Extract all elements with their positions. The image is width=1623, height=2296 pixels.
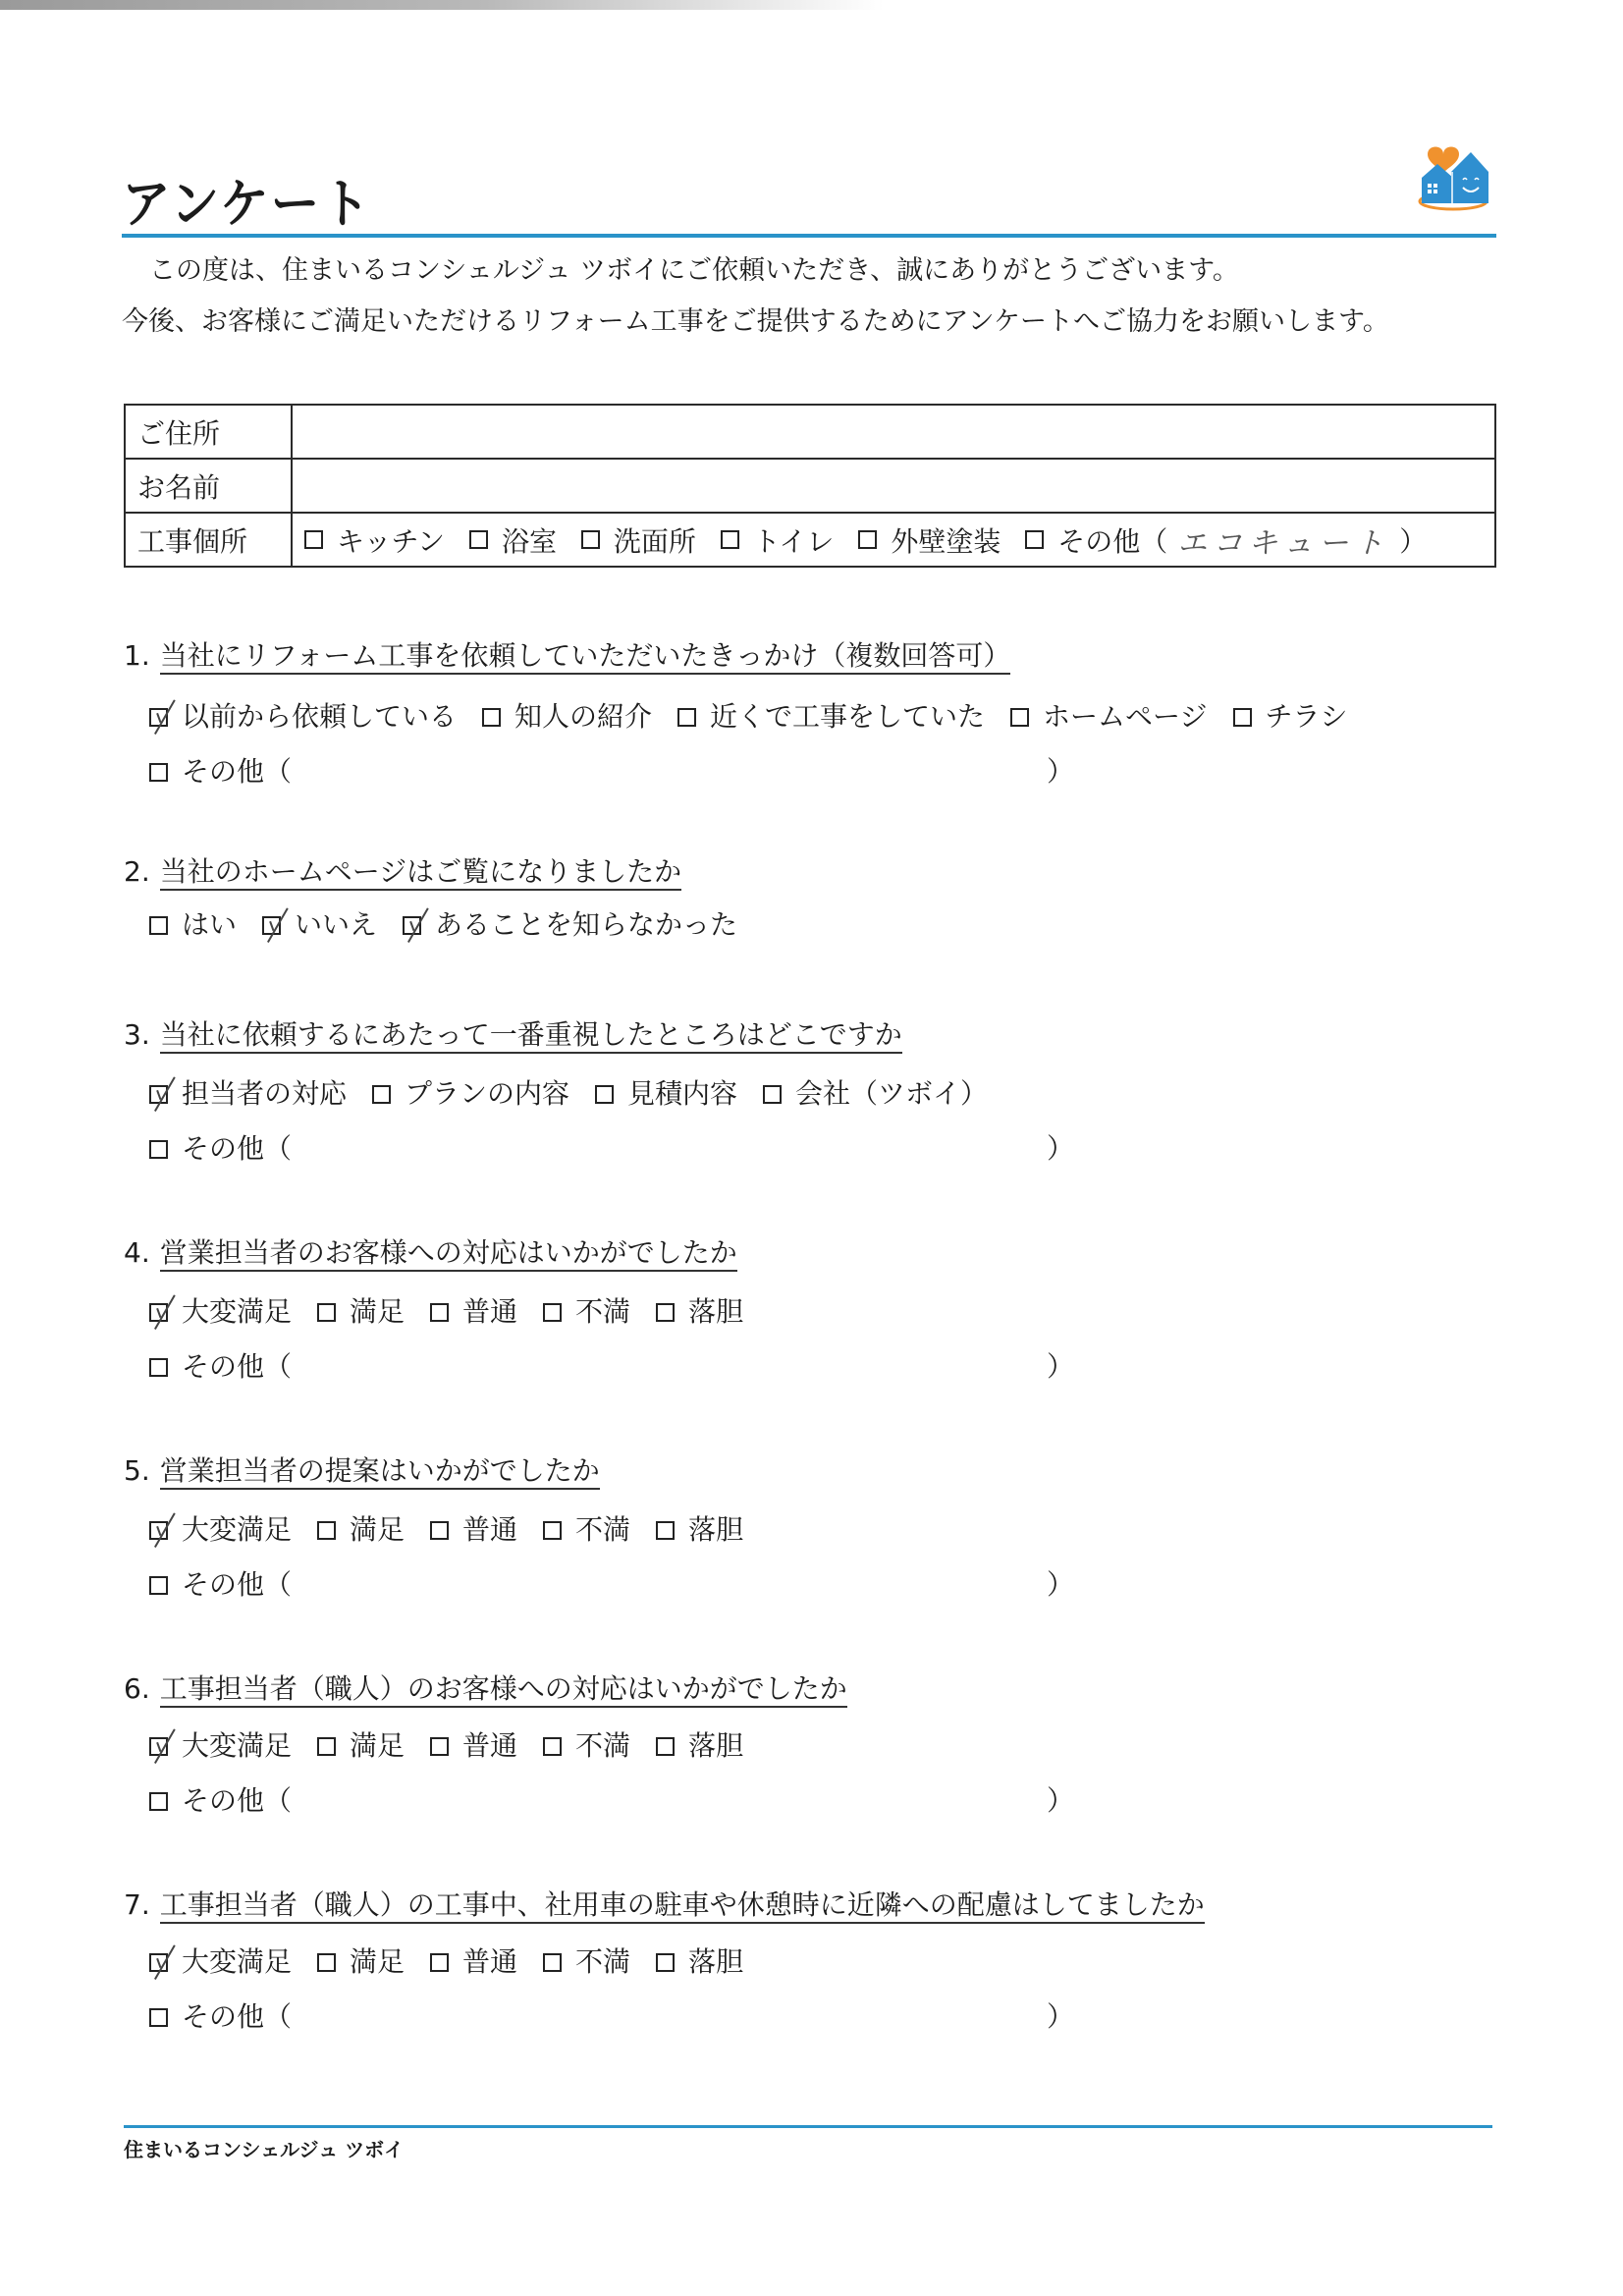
option-label: 大変満足 <box>182 1285 292 1339</box>
question-text: 工事担当者（職人）の工事中、社用車の駐車や休憩時に近隣への配慮はしてましたか <box>160 1888 1205 1924</box>
option-label: ホームページ <box>1043 689 1207 744</box>
option-label: 落胆 <box>688 1935 743 1990</box>
question-1: 1.当社にリフォーム工事を依頼していただいたきっかけ（複数回答可） 以前から依頼… <box>124 636 1518 799</box>
answer-options: 大変満足 満足 普通 不満 落胆 <box>124 1935 1518 1990</box>
option-label: あることを知らなかった <box>435 898 737 953</box>
option-label: トイレ <box>753 520 835 560</box>
option-label: 大変満足 <box>182 1719 292 1774</box>
question-number: 7. <box>124 1888 150 1921</box>
option-disappointed[interactable]: 落胆 <box>656 1719 743 1774</box>
checkbox-checked-icon[interactable] <box>149 1303 168 1322</box>
option-nearby-work[interactable]: 近くで工事をしていた <box>677 689 985 744</box>
question-number: 3. <box>124 1018 150 1051</box>
checkbox-icon[interactable] <box>149 1576 168 1595</box>
address-label: ご住所 <box>125 405 292 459</box>
checkbox-icon[interactable] <box>595 1085 614 1104</box>
answer-options: はい いいえ あることを知らなかった <box>124 898 1518 953</box>
checkbox-icon[interactable] <box>543 1521 562 1540</box>
checkbox-icon[interactable] <box>543 1953 562 1972</box>
question-number: 2. <box>124 855 150 888</box>
page-title: アンケート <box>122 175 372 234</box>
question-7: 7.工事担当者（職人）の工事中、社用車の駐車や休憩時に近隣への配慮はしてましたか… <box>124 1886 1518 2045</box>
option-satisfied[interactable]: 満足 <box>317 1935 405 1990</box>
work-option-exterior-paint[interactable]: 外壁塗装 <box>858 520 1001 560</box>
checkbox-icon[interactable] <box>581 530 600 549</box>
work-option-washroom[interactable]: 洗面所 <box>581 520 696 560</box>
answer-options: 大変満足 満足 普通 不満 落胆 <box>124 1719 1518 1774</box>
checkbox-checked-icon[interactable] <box>149 708 168 727</box>
checkbox-icon[interactable] <box>721 530 739 549</box>
option-yes[interactable]: はい <box>149 898 237 953</box>
question-4: 4.営業担当者のお客様への対応はいかがでしたか 大変満足 満足 普通 不満 落胆… <box>124 1233 1518 1394</box>
option-other[interactable]: その他（ <box>149 1339 292 1394</box>
scan-edge-shadow <box>0 0 884 10</box>
work-location-row: 工事個所 キッチン 浴室 洗面所 トイレ 外壁塗装 その他（エコキュート） <box>125 513 1495 567</box>
question-text: 工事担当者（職人）のお客様への対応はいかがでしたか <box>160 1672 847 1708</box>
paren-close: ） <box>1047 1121 1074 1176</box>
option-label: 不満 <box>575 1719 630 1774</box>
checkbox-icon[interactable] <box>317 1953 336 1972</box>
option-label: いいえ <box>295 898 377 953</box>
checkbox-icon[interactable] <box>304 530 323 549</box>
checkbox-icon[interactable] <box>656 1303 675 1322</box>
option-satisfied[interactable]: 満足 <box>317 1719 405 1774</box>
option-label: その他（ <box>182 1558 292 1613</box>
option-label: プランの内容 <box>405 1066 569 1121</box>
work-option-bathroom[interactable]: 浴室 <box>469 520 557 560</box>
checkbox-icon[interactable] <box>430 1737 449 1756</box>
question-text: 当社にリフォーム工事を依頼していただいたきっかけ（複数回答可） <box>160 639 1011 675</box>
work-option-toilet[interactable]: トイレ <box>721 520 835 560</box>
question-number: 1. <box>124 639 150 672</box>
other-row: その他（ ） <box>124 1121 1518 1176</box>
option-disappointed[interactable]: 落胆 <box>656 1935 743 1990</box>
option-satisfied[interactable]: 満足 <box>317 1285 405 1339</box>
option-label: 大変満足 <box>182 1935 292 1990</box>
name-label: お名前 <box>125 459 292 513</box>
paren-close: ） <box>1047 744 1074 799</box>
other-row: その他（ ） <box>124 1774 1518 1829</box>
option-plan-content[interactable]: プランの内容 <box>372 1066 569 1121</box>
checkbox-checked-icon[interactable] <box>403 916 421 935</box>
option-dissatisfied[interactable]: 不満 <box>543 1935 630 1990</box>
question-5: 5.営業担当者の提案はいかがでしたか 大変満足 満足 普通 不満 落胆 その他（… <box>124 1451 1518 1613</box>
checkbox-icon[interactable] <box>149 916 168 935</box>
option-label: 満足 <box>350 1285 405 1339</box>
option-company[interactable]: 会社（ツボイ） <box>763 1066 988 1121</box>
option-label: 見積内容 <box>627 1066 737 1121</box>
checkbox-icon[interactable] <box>763 1085 782 1104</box>
other-row: その他（ ） <box>124 1558 1518 1613</box>
paren-close: ） <box>1047 1774 1074 1829</box>
answer-options: 以前から依頼している 知人の紹介 近くで工事をしていた ホームページ チラシ <box>124 689 1518 744</box>
checkbox-icon[interactable] <box>149 763 168 782</box>
work-location-label: 工事個所 <box>125 513 292 567</box>
checkbox-icon[interactable] <box>372 1085 391 1104</box>
option-very-satisfied[interactable]: 大変満足 <box>149 1935 292 1990</box>
address-field[interactable] <box>292 405 1495 459</box>
work-option-kitchen[interactable]: キッチン <box>304 520 445 560</box>
question-number: 5. <box>124 1454 150 1487</box>
option-label: 不満 <box>575 1935 630 1990</box>
checkbox-icon[interactable] <box>677 708 696 727</box>
paren-close: ） <box>1047 1990 1074 2045</box>
question-2: 2.当社のホームページはご覧になりましたか はい いいえ あることを知らなかった <box>124 852 1518 953</box>
option-flyer[interactable]: チラシ <box>1233 689 1348 744</box>
option-label: 満足 <box>350 1503 405 1558</box>
option-label: その他（ <box>1057 520 1167 560</box>
other-row: その他（ ） <box>124 1990 1518 2045</box>
option-label: その他（ <box>182 1774 292 1829</box>
checkbox-checked-icon[interactable] <box>262 916 281 935</box>
question-text: 当社のホームページはご覧になりましたか <box>160 855 681 891</box>
other-row: その他（ ） <box>124 1339 1518 1394</box>
option-other[interactable]: その他（ <box>149 744 292 799</box>
company-logo-icon <box>1414 142 1492 213</box>
option-label: チラシ <box>1266 689 1348 744</box>
intro-line-1: この度は、住まいるコンシェルジュ ツボイにご依頼いただき、誠にありがとうございま… <box>149 253 1239 289</box>
option-disappointed[interactable]: 落胆 <box>656 1285 743 1339</box>
answer-options: 大変満足 満足 普通 不満 落胆 <box>124 1503 1518 1558</box>
option-label: その他（ <box>182 1990 292 2045</box>
name-field[interactable] <box>292 459 1495 513</box>
option-label: 普通 <box>462 1719 517 1774</box>
checkbox-icon[interactable] <box>656 1521 675 1540</box>
checkbox-icon[interactable] <box>317 1521 336 1540</box>
checkbox-icon[interactable] <box>858 530 877 549</box>
checkbox-icon[interactable] <box>1233 708 1252 727</box>
answer-options: 大変満足 満足 普通 不満 落胆 <box>124 1285 1518 1339</box>
option-satisfied[interactable]: 満足 <box>317 1503 405 1558</box>
paren-close: ） <box>1047 1558 1074 1613</box>
option-label: 以前から依頼している <box>182 689 457 744</box>
option-dissatisfied[interactable]: 不満 <box>543 1285 630 1339</box>
question-6: 6.工事担当者（職人）のお客様への対応はいかがでしたか 大変満足 満足 普通 不… <box>124 1669 1518 1829</box>
option-label: 満足 <box>350 1935 405 1990</box>
option-neutral[interactable]: 普通 <box>430 1719 517 1774</box>
option-label: はい <box>182 898 237 953</box>
option-staff-response[interactable]: 担当者の対応 <box>149 1066 347 1121</box>
checkbox-icon[interactable] <box>1025 530 1044 549</box>
work-option-other[interactable]: その他（エコキュート） <box>1025 519 1427 562</box>
name-row: お名前 <box>125 459 1495 513</box>
option-label: 満足 <box>350 1719 405 1774</box>
checkbox-icon[interactable] <box>469 530 488 549</box>
paren-close: ） <box>1047 1339 1074 1394</box>
option-label: 担当者の対応 <box>182 1066 347 1121</box>
option-label: 会社（ツボイ） <box>795 1066 988 1121</box>
header-rule <box>122 234 1496 238</box>
option-homepage[interactable]: ホームページ <box>1010 689 1207 744</box>
option-referral[interactable]: 知人の紹介 <box>482 689 652 744</box>
footer-company-name: 住まいるコンシェルジュ ツボイ <box>124 2134 404 2162</box>
checkbox-icon[interactable] <box>430 1953 449 1972</box>
checkbox-icon[interactable] <box>317 1737 336 1756</box>
question-text: 当社に依頼するにあたって一番重視したところはどこですか <box>160 1018 902 1054</box>
option-did-not-know[interactable]: あることを知らなかった <box>403 898 737 953</box>
question-3: 3.当社に依頼するにあたって一番重視したところはどこですか 担当者の対応 プラン… <box>124 1015 1518 1176</box>
checkbox-icon[interactable] <box>430 1521 449 1540</box>
option-label: 近くで工事をしていた <box>710 689 985 744</box>
option-label: 洗面所 <box>614 520 696 560</box>
option-other[interactable]: その他（ <box>149 1558 292 1613</box>
option-label: 落胆 <box>688 1285 743 1339</box>
option-label: 浴室 <box>502 520 557 560</box>
option-label: 不満 <box>575 1503 630 1558</box>
other-row: その他（ ） <box>124 744 1518 799</box>
paren-close: ） <box>1399 520 1427 560</box>
option-label: 普通 <box>462 1285 517 1339</box>
option-estimate[interactable]: 見積内容 <box>595 1066 737 1121</box>
option-label: その他（ <box>182 744 292 799</box>
option-other[interactable]: その他（ <box>149 1774 292 1829</box>
checkbox-icon[interactable] <box>543 1303 562 1322</box>
checkbox-icon[interactable] <box>149 1792 168 1811</box>
option-label: 落胆 <box>688 1719 743 1774</box>
option-dissatisfied[interactable]: 不満 <box>543 1503 630 1558</box>
option-other[interactable]: その他（ <box>149 1121 292 1176</box>
option-label: 落胆 <box>688 1503 743 1558</box>
question-number: 4. <box>124 1236 150 1269</box>
question-text: 営業担当者の提案はいかがでしたか <box>160 1454 600 1490</box>
option-label: 普通 <box>462 1503 517 1558</box>
footer-rule <box>124 2125 1492 2128</box>
work-location-options: キッチン 浴室 洗面所 トイレ 外壁塗装 その他（エコキュート） <box>292 513 1495 567</box>
question-text: 営業担当者のお客様への対応はいかがでしたか <box>160 1236 737 1272</box>
option-label: 大変満足 <box>182 1503 292 1558</box>
option-neutral[interactable]: 普通 <box>430 1503 517 1558</box>
checkbox-icon[interactable] <box>543 1737 562 1756</box>
option-label: 外壁塗装 <box>891 520 1001 560</box>
option-disappointed[interactable]: 落胆 <box>656 1503 743 1558</box>
checkbox-checked-icon[interactable] <box>149 1521 168 1540</box>
option-label: 知人の紹介 <box>514 689 652 744</box>
option-label: 不満 <box>575 1285 630 1339</box>
option-no[interactable]: いいえ <box>262 898 377 953</box>
question-number: 6. <box>124 1672 150 1705</box>
checkbox-icon[interactable] <box>656 1953 675 1972</box>
answer-options: 担当者の対応 プランの内容 見積内容 会社（ツボイ） <box>124 1066 1518 1121</box>
checkbox-icon[interactable] <box>482 708 501 727</box>
option-dissatisfied[interactable]: 不満 <box>543 1719 630 1774</box>
intro-line-2: 今後、お客様にご満足いただけるリフォーム工事をご提供するためにアンケートへご協力… <box>122 304 1389 340</box>
checkbox-icon[interactable] <box>656 1737 675 1756</box>
option-other[interactable]: その他（ <box>149 1990 292 2045</box>
option-very-satisfied[interactable]: 大変満足 <box>149 1719 292 1774</box>
address-row: ご住所 <box>125 405 1495 459</box>
customer-info-table: ご住所 お名前 工事個所 キッチン 浴室 洗面所 トイレ 外壁塗装 その他（エコ… <box>124 404 1496 568</box>
checkbox-checked-icon[interactable] <box>149 1737 168 1756</box>
option-previous-client[interactable]: 以前から依頼している <box>149 689 457 744</box>
work-other-handwritten-value[interactable]: エコキュート <box>1177 519 1389 562</box>
checkbox-icon[interactable] <box>149 1358 168 1377</box>
checkbox-icon[interactable] <box>317 1303 336 1322</box>
option-label: 普通 <box>462 1935 517 1990</box>
checkbox-icon[interactable] <box>149 2008 168 2027</box>
option-neutral[interactable]: 普通 <box>430 1935 517 1990</box>
checkbox-icon[interactable] <box>430 1303 449 1322</box>
checkbox-icon[interactable] <box>1010 708 1029 727</box>
checkbox-checked-icon[interactable] <box>149 1953 168 1972</box>
checkbox-checked-icon[interactable] <box>149 1085 168 1104</box>
option-neutral[interactable]: 普通 <box>430 1285 517 1339</box>
checkbox-icon[interactable] <box>149 1140 168 1159</box>
option-label: その他（ <box>182 1339 292 1394</box>
option-very-satisfied[interactable]: 大変満足 <box>149 1503 292 1558</box>
option-very-satisfied[interactable]: 大変満足 <box>149 1285 292 1339</box>
option-label: その他（ <box>182 1121 292 1176</box>
option-label: キッチン <box>337 520 445 560</box>
